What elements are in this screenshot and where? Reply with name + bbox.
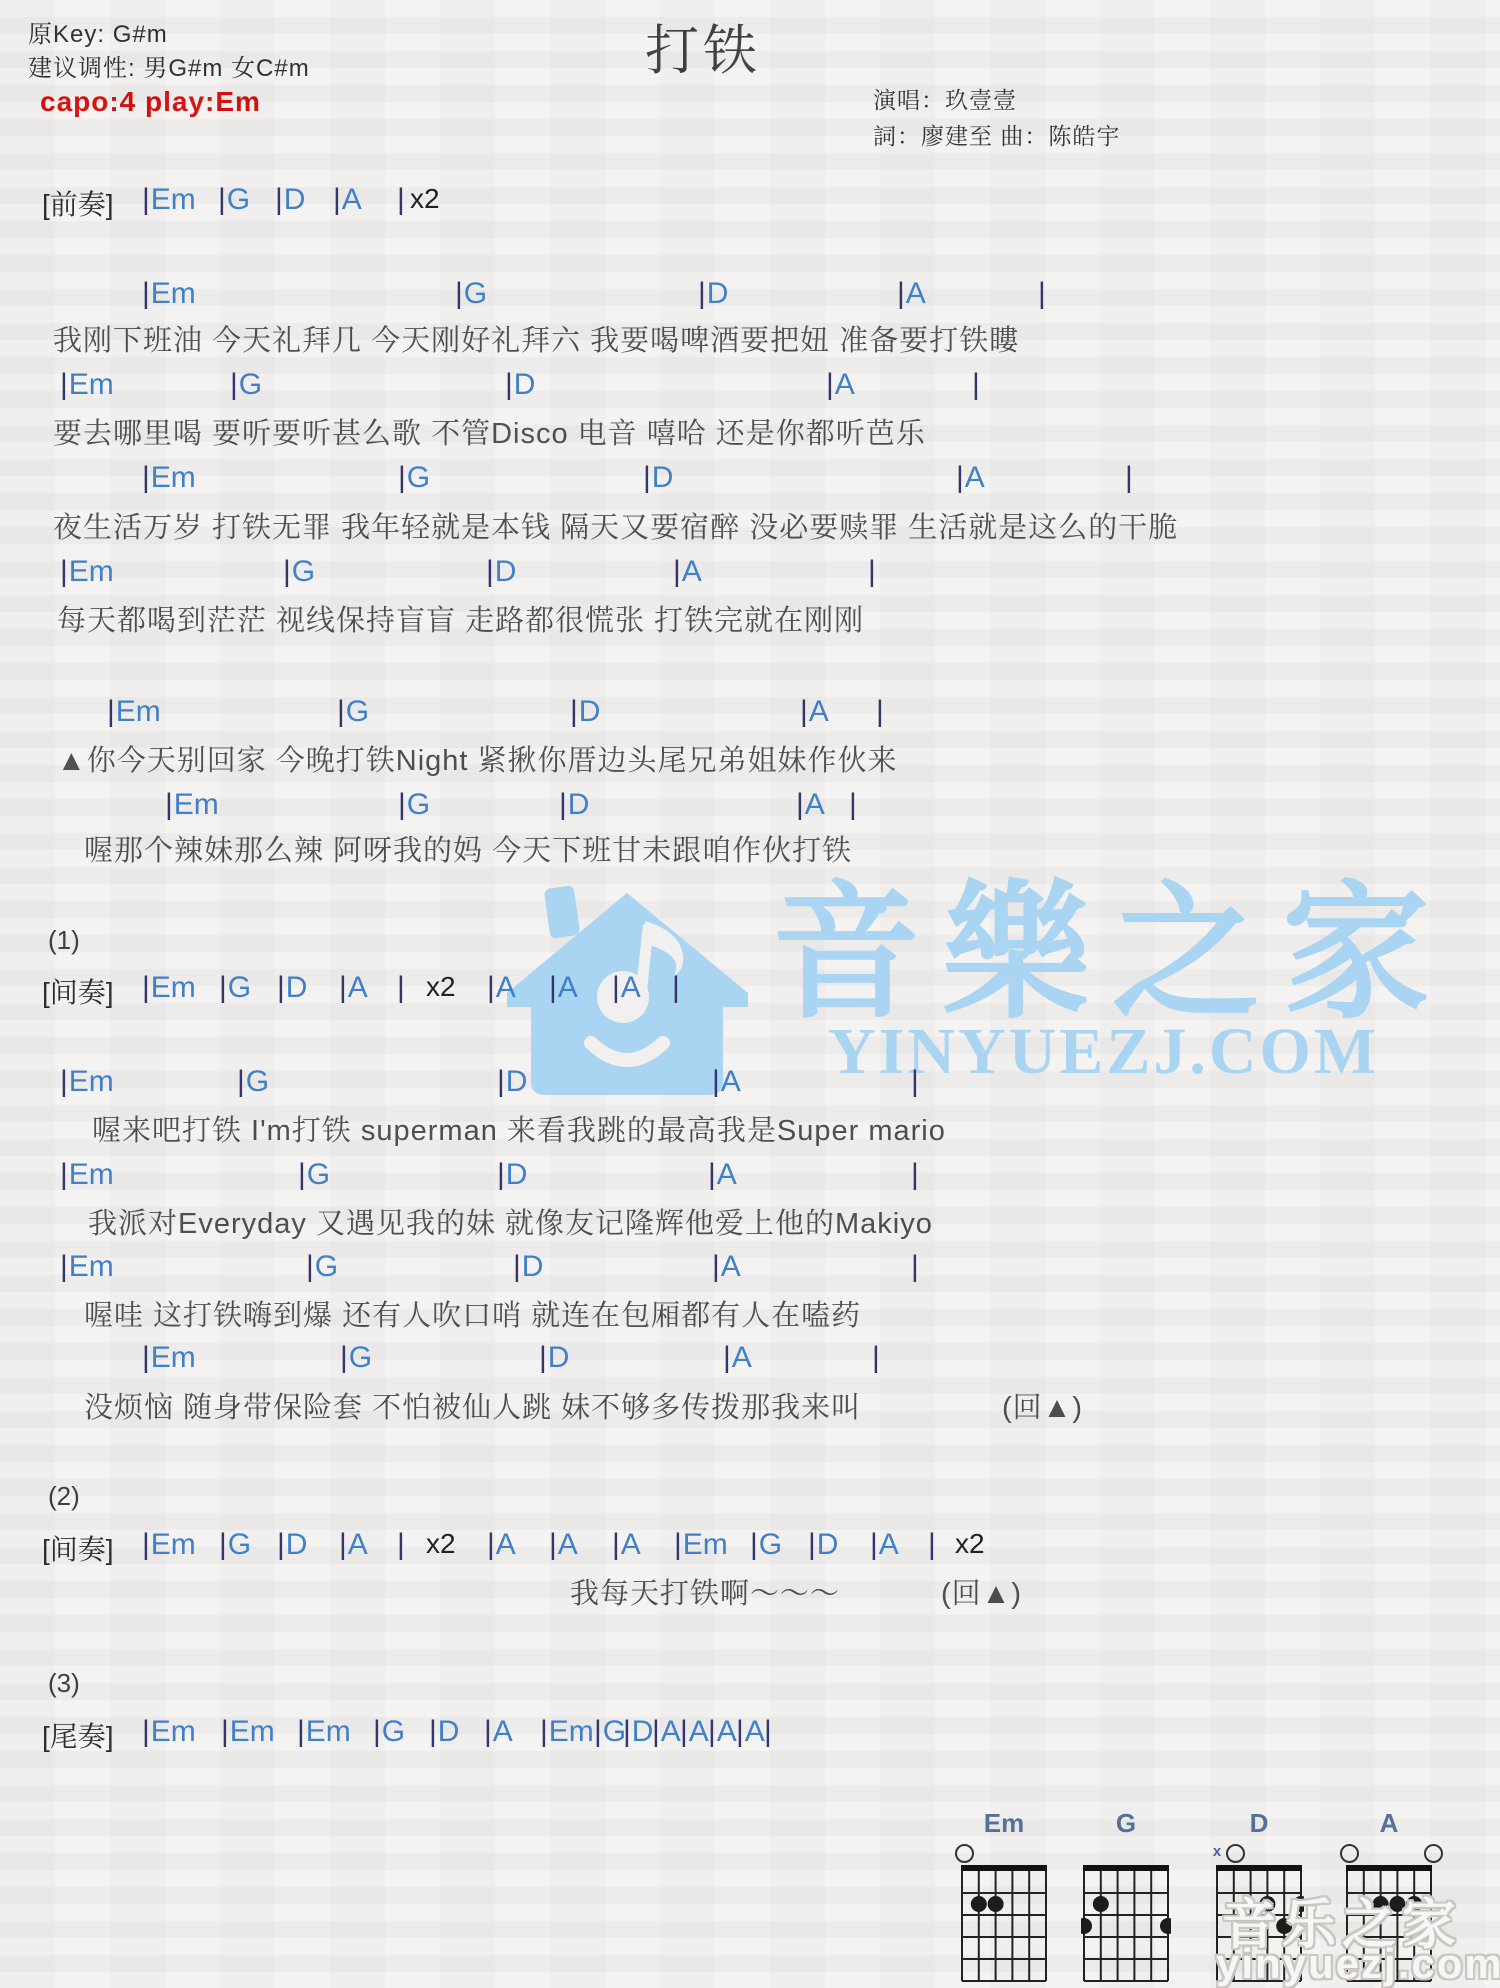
barline: | bbox=[60, 1158, 69, 1191]
barline: | bbox=[928, 1528, 937, 1561]
barline: | bbox=[398, 788, 407, 821]
chord-A: |A bbox=[800, 695, 829, 729]
barline: | bbox=[230, 368, 239, 401]
chord-A: |A bbox=[712, 1250, 741, 1284]
chord-Em: |Em bbox=[221, 1715, 275, 1749]
chord-Em: |Em bbox=[60, 555, 114, 589]
barline: | bbox=[298, 1158, 307, 1191]
chord-G: |G bbox=[398, 461, 430, 495]
barline: | bbox=[497, 1065, 506, 1098]
barline: | bbox=[549, 1528, 558, 1561]
chord-A: |A bbox=[708, 1715, 737, 1749]
open-string-marker bbox=[1340, 1844, 1359, 1863]
barline: | bbox=[972, 368, 981, 402]
barline: | bbox=[612, 971, 621, 1004]
barline: | bbox=[826, 368, 835, 401]
barline: | bbox=[165, 788, 174, 821]
chord-A: |A bbox=[826, 368, 855, 402]
chord-G: |G bbox=[306, 1250, 338, 1284]
lyric-fragment: (回▲) bbox=[941, 1571, 1022, 1612]
barline: | bbox=[339, 1528, 348, 1561]
barline: | bbox=[333, 183, 342, 216]
chord-A: |A bbox=[736, 1715, 765, 1749]
barline: | bbox=[283, 555, 292, 588]
chord-diagram-label: G bbox=[1081, 1808, 1171, 1839]
part-label: [尾奏] bbox=[42, 1715, 114, 1755]
chord-A: |A bbox=[487, 1528, 516, 1562]
chord-line: |Em|G|D|A| bbox=[0, 788, 1500, 822]
chord-Em: |Em bbox=[60, 1250, 114, 1284]
interlude-line: [间奏]|Em|G|D|A|x2|A|A|A| bbox=[0, 971, 1500, 1005]
barline: | bbox=[723, 1341, 732, 1374]
barline: | bbox=[708, 1158, 717, 1191]
chord-D: |D bbox=[539, 1341, 569, 1375]
lyric-line: 我派对Everyday 又遇见我的妹 就像友记隆辉他爱上他的Makiyo bbox=[88, 1201, 933, 1242]
barline: | bbox=[142, 1715, 151, 1748]
lyric-fragment: 我每天打铁啊～～～ bbox=[570, 1571, 840, 1612]
barline: | bbox=[398, 461, 407, 494]
fretboard-grid bbox=[959, 1865, 1049, 1985]
chord-A: |A bbox=[680, 1715, 709, 1749]
lyric-line: 喔哇 这打铁嗨到爆 还有人吹口哨 就连在包厢都有人在嗑药 bbox=[84, 1293, 861, 1334]
chord-A: |A bbox=[333, 183, 362, 217]
interlude-line: [间奏]|Em|G|D|A|x2|A|A|A|Em|G|D|A|x2 bbox=[0, 1528, 1500, 1562]
capo-label: capo:4 play:Em bbox=[40, 86, 261, 118]
barline: | bbox=[800, 695, 809, 728]
chord-D: |D bbox=[570, 695, 600, 729]
barline: | bbox=[698, 277, 707, 310]
barline: | bbox=[487, 1528, 496, 1561]
chord-D: |D bbox=[513, 1250, 543, 1284]
chord-D: |D bbox=[559, 788, 589, 822]
chord-Em: |Em bbox=[60, 1065, 114, 1099]
lyric-line: 要去哪里喝 要听要听甚么歌 不管Disco 电音 嘻哈 还是你都听芭乐 bbox=[53, 411, 926, 452]
barline: | bbox=[219, 1528, 228, 1561]
section-number: (3) bbox=[48, 1668, 80, 1699]
barline: | bbox=[872, 1341, 881, 1374]
chord-G: |G bbox=[455, 277, 487, 311]
chord-line: |Em|G|D|A| bbox=[0, 277, 1500, 311]
barline: | bbox=[275, 183, 284, 216]
barline: | bbox=[513, 1250, 522, 1283]
suggested-key-label: 建议调性: 男G#m 女C#m bbox=[28, 48, 310, 83]
open-string-marker bbox=[1226, 1844, 1245, 1863]
chord-Em: |Em bbox=[165, 788, 219, 822]
chord-diagram-label: D bbox=[1214, 1808, 1304, 1839]
barline: | bbox=[623, 1715, 632, 1748]
chord-G: |G bbox=[237, 1065, 269, 1099]
original-key-label: 原Key: G#m bbox=[28, 14, 168, 49]
barline: | bbox=[911, 1065, 920, 1099]
lyric-line: 没烦恼 随身带保险套 不怕被仙人跳 妹不够多传拨那我来叫(回▲) bbox=[0, 1385, 1500, 1419]
barline: | bbox=[712, 1250, 721, 1283]
barline: | bbox=[497, 1158, 506, 1191]
section-number: (2) bbox=[48, 1481, 80, 1512]
barline: | bbox=[1038, 277, 1047, 311]
lyric-line: 每天都喝到茫茫 视线保持盲盲 走路都很慌张 打铁完就在刚刚 bbox=[57, 598, 864, 639]
chord-Em: |Em bbox=[142, 1528, 196, 1562]
chord-Em: |Em bbox=[540, 1715, 594, 1749]
chord-D: |D bbox=[698, 277, 728, 311]
lyric-line: 我每天打铁啊～～～(回▲) bbox=[0, 1571, 1500, 1605]
barline: | bbox=[340, 1341, 349, 1374]
chord-line: |Em|G|D|A| bbox=[0, 368, 1500, 402]
lyric-line: 夜生活万岁 打铁无罪 我年轻就是本钱 隔天又要宿醉 没必要赎罪 生活就是这么的干… bbox=[53, 505, 1178, 546]
barline: | bbox=[60, 1065, 69, 1098]
watermark-site-name: 音樂之家 bbox=[772, 880, 1452, 1028]
chord-A: |A bbox=[897, 277, 926, 311]
part-label: [间奏] bbox=[42, 971, 114, 1011]
barline: | bbox=[142, 1528, 151, 1561]
barline: | bbox=[1038, 277, 1047, 310]
chord-A: |A bbox=[339, 971, 368, 1005]
barline: | bbox=[142, 277, 151, 310]
barline: | bbox=[594, 1715, 603, 1748]
chord-line: |Em|G|D|A| bbox=[0, 695, 1500, 729]
barline: | bbox=[549, 971, 558, 1004]
barline: | bbox=[956, 461, 965, 494]
barline: | bbox=[808, 1528, 817, 1561]
barline: | bbox=[277, 1528, 286, 1561]
chord-D: |D bbox=[643, 461, 673, 495]
chord-Em: |Em bbox=[142, 1715, 196, 1749]
lyric-fragment: 没烦恼 随身带保险套 不怕被仙人跳 妹不够多传拨那我来叫 bbox=[84, 1385, 861, 1426]
chord-A: |A bbox=[870, 1528, 899, 1562]
barline: | bbox=[672, 971, 681, 1004]
barline: | bbox=[142, 183, 151, 216]
lyric-fragment: (回▲) bbox=[1002, 1385, 1083, 1426]
chord-A: |A bbox=[956, 461, 985, 495]
chord-Em: |Em bbox=[674, 1528, 728, 1562]
repeat-marker: x2 bbox=[426, 971, 456, 1003]
barline: | bbox=[911, 1158, 920, 1191]
chord-D: |D bbox=[277, 971, 307, 1005]
barline: | bbox=[484, 1715, 493, 1748]
chord-G: |G bbox=[594, 1715, 626, 1749]
barline: | bbox=[337, 695, 346, 728]
barline: | bbox=[712, 1065, 721, 1098]
barline: | bbox=[505, 368, 514, 401]
repeat-marker: x2 bbox=[410, 183, 440, 215]
barline: | bbox=[397, 971, 406, 1005]
barline: | bbox=[397, 1528, 406, 1562]
repeat-marker: x2 bbox=[426, 1528, 456, 1560]
barline: | bbox=[486, 555, 495, 588]
page-title: 打铁 bbox=[645, 8, 761, 85]
chord-sheet-page: 原Key: G#m 建议调性: 男G#m 女C#m capo:4 play:Em… bbox=[0, 0, 1500, 1988]
chord-line: |Em|G|D|A| bbox=[0, 1065, 1500, 1099]
chord-G: |G bbox=[298, 1158, 330, 1192]
barline: | bbox=[764, 1715, 773, 1748]
barline: | bbox=[219, 971, 228, 1004]
barline: | bbox=[674, 1528, 683, 1561]
chord-A: |A bbox=[652, 1715, 681, 1749]
muted-string-marker: x bbox=[1210, 1844, 1225, 1859]
chord-G: |G bbox=[283, 555, 315, 589]
barline: | bbox=[1125, 461, 1134, 494]
barline: | bbox=[876, 695, 885, 729]
barline: | bbox=[764, 1715, 773, 1749]
barline: | bbox=[60, 368, 69, 401]
lyric-line: ▲你今天别回家 今晚打铁Night 紧揪你厝边头尾兄弟姐妹作伙来 bbox=[57, 738, 898, 779]
chord-G: |G bbox=[230, 368, 262, 402]
barline: | bbox=[870, 1528, 879, 1561]
barline: | bbox=[897, 277, 906, 310]
barline: | bbox=[680, 1715, 689, 1748]
barline: | bbox=[397, 183, 406, 216]
barline: | bbox=[297, 1715, 306, 1748]
chord-G: |G bbox=[340, 1341, 372, 1375]
chord-G: |G bbox=[219, 971, 251, 1005]
singer-credit: 演唱：玖壹壹 bbox=[873, 82, 1017, 115]
barline: | bbox=[373, 1715, 382, 1748]
chord-G: |G bbox=[219, 1528, 251, 1562]
barline: | bbox=[1125, 461, 1134, 495]
barline: | bbox=[643, 461, 652, 494]
chord-A: |A bbox=[484, 1715, 513, 1749]
chord-A: |A bbox=[723, 1341, 752, 1375]
open-string-marker bbox=[1424, 1844, 1443, 1863]
chord-D: |D bbox=[277, 1528, 307, 1562]
barline: | bbox=[142, 461, 151, 494]
barline: | bbox=[849, 788, 858, 821]
chord-D: |D bbox=[429, 1715, 459, 1749]
chord-G: |G bbox=[373, 1715, 405, 1749]
barline: | bbox=[708, 1715, 717, 1748]
barline: | bbox=[107, 695, 116, 728]
barline: | bbox=[142, 1341, 151, 1374]
barline: | bbox=[570, 695, 579, 728]
chord-A: |A bbox=[612, 971, 641, 1005]
barline: | bbox=[60, 555, 69, 588]
chord-A: |A bbox=[708, 1158, 737, 1192]
barline: | bbox=[868, 555, 877, 589]
barline: | bbox=[540, 1715, 549, 1748]
barline: | bbox=[849, 788, 858, 822]
barline: | bbox=[672, 971, 681, 1005]
chord-A: |A bbox=[712, 1065, 741, 1099]
fretboard-grid bbox=[1081, 1865, 1171, 1985]
corner-watermark-domain: yinyuezj.com bbox=[1216, 1940, 1500, 1988]
barline: | bbox=[872, 1341, 881, 1375]
section-number: (1) bbox=[48, 925, 80, 956]
lyric-line: 我刚下班油 今天礼拜几 今天刚好礼拜六 我要喝啤酒要把妞 准备要打铁瞜 bbox=[53, 318, 1019, 359]
barline: | bbox=[796, 788, 805, 821]
chord-diagram-label: A bbox=[1344, 1808, 1434, 1839]
barline: | bbox=[397, 971, 406, 1004]
outro-line: [尾奏]|Em|Em|Em|G|D|A|Em|G|D|A|A|A|A| bbox=[0, 1715, 1500, 1749]
chord-Em: |Em bbox=[142, 277, 196, 311]
barline: | bbox=[455, 277, 464, 310]
chord-G: |G bbox=[750, 1528, 782, 1562]
chord-A: |A bbox=[549, 1528, 578, 1562]
chord-line: |Em|G|D|A| bbox=[0, 555, 1500, 589]
barline: | bbox=[277, 971, 286, 1004]
chord-A: |A bbox=[487, 971, 516, 1005]
chord-Em: |Em bbox=[60, 1158, 114, 1192]
barline: | bbox=[911, 1158, 920, 1192]
chord-G: |G bbox=[337, 695, 369, 729]
chord-line: |Em|G|D|A| bbox=[0, 1341, 1500, 1375]
barline: | bbox=[673, 555, 682, 588]
chord-D: |D bbox=[497, 1158, 527, 1192]
barline: | bbox=[60, 1250, 69, 1283]
barline: | bbox=[397, 1528, 406, 1561]
chord-Em: |Em bbox=[142, 971, 196, 1005]
barline: | bbox=[911, 1065, 920, 1098]
barline: | bbox=[750, 1528, 759, 1561]
lyricist-composer-credit: 詞：廖建至 曲：陈皓宇 bbox=[873, 118, 1120, 151]
barline: | bbox=[306, 1250, 315, 1283]
part-label: [间奏] bbox=[42, 1528, 114, 1568]
chord-G: |G bbox=[398, 788, 430, 822]
chord-Em: |Em bbox=[142, 183, 196, 217]
barline: | bbox=[339, 971, 348, 1004]
chord-D: |D bbox=[486, 555, 516, 589]
chord-A: |A bbox=[339, 1528, 368, 1562]
barline: | bbox=[142, 971, 151, 1004]
lyric-line: 喔那个辣妹那么辣 阿呀我的妈 今天下班甘未跟咱作伙打铁 bbox=[84, 828, 852, 869]
chord-D: |D bbox=[505, 368, 535, 402]
chord-G: |G bbox=[218, 183, 250, 217]
barline: | bbox=[928, 1528, 937, 1562]
chord-A: |A bbox=[673, 555, 702, 589]
chord-A: |A bbox=[796, 788, 825, 822]
repeat-marker: x2 bbox=[955, 1528, 985, 1560]
barline: | bbox=[397, 183, 406, 217]
barline: | bbox=[911, 1250, 920, 1283]
chord-Em: |Em bbox=[142, 461, 196, 495]
chord-D: |D bbox=[275, 183, 305, 217]
barline: | bbox=[911, 1250, 920, 1284]
chord-Em: |Em bbox=[107, 695, 161, 729]
part-label: [前奏] bbox=[42, 183, 114, 223]
barline: | bbox=[237, 1065, 246, 1098]
barline: | bbox=[736, 1715, 745, 1748]
chord-D: |D bbox=[497, 1065, 527, 1099]
chord-line: |Em|G|D|A| bbox=[0, 1250, 1500, 1284]
intro-line: [前奏]|Em|G|D|A|x2 bbox=[0, 183, 1500, 217]
chord-line: |Em|G|D|A| bbox=[0, 1158, 1500, 1192]
barline: | bbox=[652, 1715, 661, 1748]
barline: | bbox=[221, 1715, 230, 1748]
lyric-line: 喔来吧打铁 I'm打铁 superman 来看我跳的最高我是Super mari… bbox=[92, 1108, 946, 1149]
barline: | bbox=[876, 695, 885, 728]
chord-D: |D bbox=[808, 1528, 838, 1562]
chord-line: |Em|G|D|A| bbox=[0, 461, 1500, 495]
barline: | bbox=[559, 788, 568, 821]
chord-Em: |Em bbox=[60, 368, 114, 402]
chord-Em: |Em bbox=[142, 1341, 196, 1375]
barline: | bbox=[612, 1528, 621, 1561]
chord-A: |A bbox=[612, 1528, 641, 1562]
barline: | bbox=[539, 1341, 548, 1374]
barline: | bbox=[487, 971, 496, 1004]
chord-Em: |Em bbox=[297, 1715, 351, 1749]
barline: | bbox=[218, 183, 227, 216]
barline: | bbox=[868, 555, 877, 588]
chord-diagram-label: Em bbox=[959, 1808, 1049, 1839]
chord-A: |A bbox=[549, 971, 578, 1005]
open-string-marker bbox=[955, 1844, 974, 1863]
barline: | bbox=[972, 368, 981, 401]
barline: | bbox=[429, 1715, 438, 1748]
chord-D: |D bbox=[623, 1715, 653, 1749]
